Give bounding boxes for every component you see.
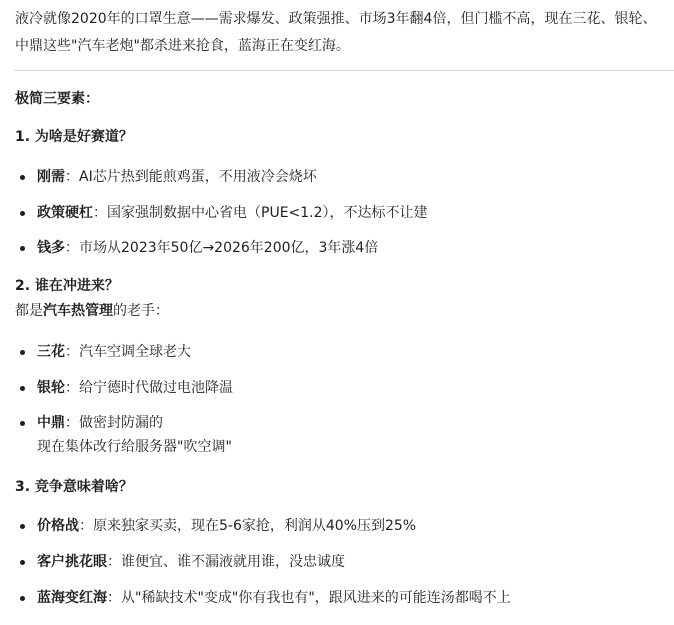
bullet-icon xyxy=(20,560,25,565)
bullet-icon xyxy=(20,596,25,601)
cut-off-heading: ▬▬▬ ▬ xyxy=(15,0,73,4)
summary-title: 极简三要素： xyxy=(15,89,99,109)
bullet-icon xyxy=(20,350,25,355)
bullet-icon xyxy=(20,524,25,529)
divider xyxy=(14,70,674,71)
section-3-heading: 3. 竞争意味着啥？ xyxy=(15,477,133,497)
bullet-icon xyxy=(20,386,25,391)
bullet-icon xyxy=(20,421,25,426)
section-2-lead: 都是汽车热管理的老手： xyxy=(15,301,169,321)
list-item-continuation: 现在集体改行给服务器"吹空调" xyxy=(37,436,232,458)
bullet-icon xyxy=(20,211,25,216)
bullet-icon xyxy=(20,246,25,251)
bullet-icon xyxy=(20,175,25,180)
section-1-heading: 1. 为啥是好赛道？ xyxy=(15,127,133,147)
intro-paragraph: 液冷就像2020年的口罩生意——需求爆发、政策强推、市场3年翻4倍，但门槛不高，… xyxy=(15,6,665,60)
section-2-heading: 2. 谁在冲进来？ xyxy=(15,276,119,296)
